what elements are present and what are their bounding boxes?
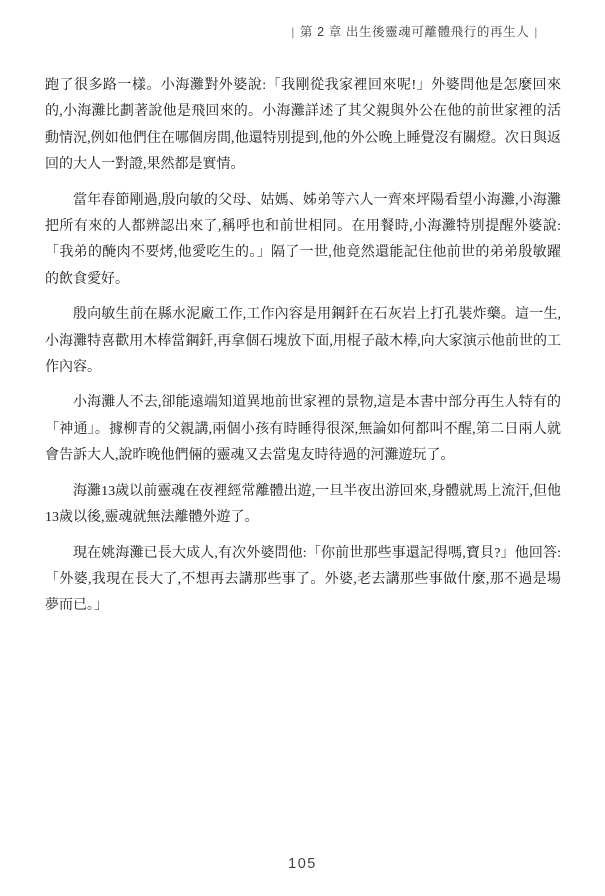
paragraph: 小海灘人不去,卻能遠端知道異地前世家裡的景物,這是本書中部分再生人特有的「神通」…	[45, 390, 561, 469]
header-right-divider: |	[529, 25, 543, 39]
paragraph: 現在姚海灘已長大成人,有次外婆問他:「你前世那些事還記得嗎,寶貝?」他回答:「外…	[45, 541, 561, 620]
paragraph: 海灘13歲以前靈魂在夜裡經常離體出遊,一旦半夜出游回來,身體就馬上流汗,但他13…	[45, 479, 561, 532]
page-body: 跑了很多路一樣。小海灘對外婆說:「我剛從我家裡回來呢!」外婆問他是怎麼回來的,小…	[45, 73, 561, 629]
page-number: 105	[0, 856, 605, 872]
running-header: |第 2 章 出生後靈魂可離體飛行的再生人|	[286, 22, 543, 40]
paragraph: 當年春節剛過,殷向敏的父母、姑媽、姊弟等六人一齊來坪陽看望小海灘,小海灘把所有來…	[45, 188, 561, 294]
book-page: |第 2 章 出生後靈魂可離體飛行的再生人| 跑了很多路一樣。小海灘對外婆說:「…	[0, 0, 605, 896]
paragraph-continuation: 跑了很多路一樣。小海灘對外婆說:「我剛從我家裡回來呢!」外婆問他是怎麼回來的,小…	[45, 73, 561, 179]
chapter-title: 第 2 章 出生後靈魂可離體飛行的再生人	[300, 25, 529, 39]
paragraph: 殷向敏生前在縣水泥廠工作,工作內容是用鋼釺在石灰岩上打孔裝炸藥。這一生,小海灘特…	[45, 302, 561, 381]
header-left-divider: |	[286, 25, 300, 39]
